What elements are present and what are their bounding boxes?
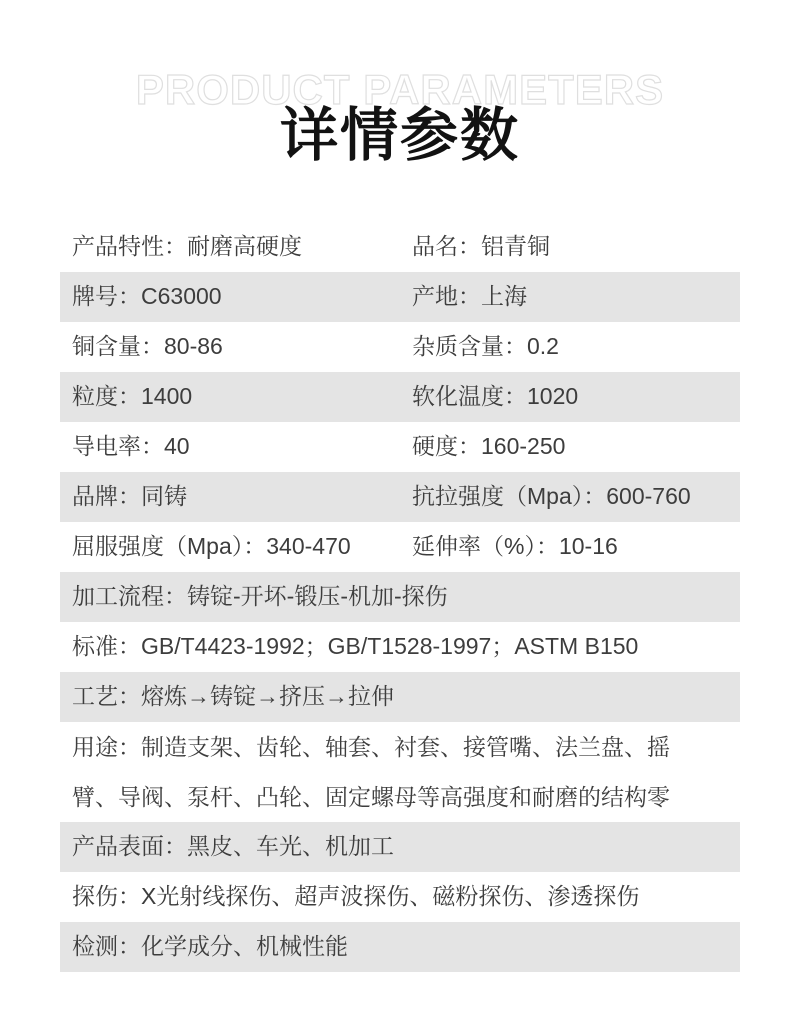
row-process-flow: 加工流程：铸锭-开坏-锻压-机加-探伤 xyxy=(60,572,740,622)
param-conductivity: 导电率：40 xyxy=(60,433,412,461)
row-yield-elongation: 屈服强度（Mpa）：340-470 延伸率（%）：10-16 xyxy=(60,522,740,572)
row-usage: 用途：制造支架、齿轮、轴套、衬套、接管嘴、法兰盘、摇 臂、导阀、泵杆、凸轮、固定… xyxy=(60,722,740,822)
header: PRODUCT PARAMETERS 详情参数 xyxy=(0,0,800,222)
param-tensile-strength: 抗拉强度（Mpa）：600-760 xyxy=(412,483,691,511)
param-process-flow: 加工流程：铸锭-开坏-锻压-机加-探伤 xyxy=(60,583,448,611)
param-grade: 牌号：C63000 xyxy=(60,283,412,311)
param-copper-content: 铜含量：80-86 xyxy=(60,333,412,361)
page-title: 详情参数 xyxy=(0,88,800,172)
param-product-surface: 产品表面：黑皮、车光、机加工 xyxy=(60,833,394,861)
row-copper-impurity: 铜含量：80-86 杂质含量：0.2 xyxy=(60,322,740,372)
row-inspection: 检测：化学成分、机械性能 xyxy=(60,922,740,972)
row-grade-origin: 牌号：C63000 产地：上海 xyxy=(60,272,740,322)
param-inspection: 检测：化学成分、机械性能 xyxy=(60,933,348,961)
row-brand-tensile: 品牌：同铸 抗拉强度（Mpa）：600-760 xyxy=(60,472,740,522)
param-softening-temperature: 软化温度：1020 xyxy=(412,383,578,411)
param-elongation: 延伸率（%）：10-16 xyxy=(412,533,618,561)
row-product-feature: 产品特性：耐磨高硬度 品名：铝青铜 xyxy=(60,222,740,272)
param-granularity: 粒度：1400 xyxy=(60,383,412,411)
parameters-table: 产品特性：耐磨高硬度 品名：铝青铜 牌号：C63000 产地：上海 铜含量：80… xyxy=(60,222,740,972)
param-origin: 产地：上海 xyxy=(412,283,527,311)
row-granularity-softening: 粒度：1400 软化温度：1020 xyxy=(60,372,740,422)
param-impurity-content: 杂质含量：0.2 xyxy=(412,333,559,361)
param-usage-line-2: 臂、导阀、泵杆、凸轮、固定螺母等高强度和耐磨的结构零 xyxy=(60,772,740,822)
param-craft: 工艺：熔炼→铸锭→挤压→拉伸 xyxy=(60,683,394,711)
row-standard: 标准：GB/T4423-1992；GB/T1528-1997；ASTM B150 xyxy=(60,622,740,672)
row-conductivity-hardness: 导电率：40 硬度：160-250 xyxy=(60,422,740,472)
row-flaw-detection: 探伤：X光射线探伤、超声波探伤、磁粉探伤、渗透探伤 xyxy=(60,872,740,922)
param-usage-line-1: 用途：制造支架、齿轮、轴套、衬套、接管嘴、法兰盘、摇 xyxy=(60,722,740,772)
row-craft: 工艺：熔炼→铸锭→挤压→拉伸 xyxy=(60,672,740,722)
product-parameters-page: PRODUCT PARAMETERS 详情参数 产品特性：耐磨高硬度 品名：铝青… xyxy=(0,0,800,1024)
param-brand: 品牌：同铸 xyxy=(60,483,412,511)
row-product-surface: 产品表面：黑皮、车光、机加工 xyxy=(60,822,740,872)
param-hardness: 硬度：160-250 xyxy=(412,433,565,461)
param-standard: 标准：GB/T4423-1992；GB/T1528-1997；ASTM B150 xyxy=(60,633,638,661)
param-product-name: 品名：铝青铜 xyxy=(412,233,550,261)
param-product-feature: 产品特性：耐磨高硬度 xyxy=(60,233,412,261)
param-yield-strength: 屈服强度（Mpa）：340-470 xyxy=(60,533,412,561)
param-flaw-detection: 探伤：X光射线探伤、超声波探伤、磁粉探伤、渗透探伤 xyxy=(60,883,639,911)
